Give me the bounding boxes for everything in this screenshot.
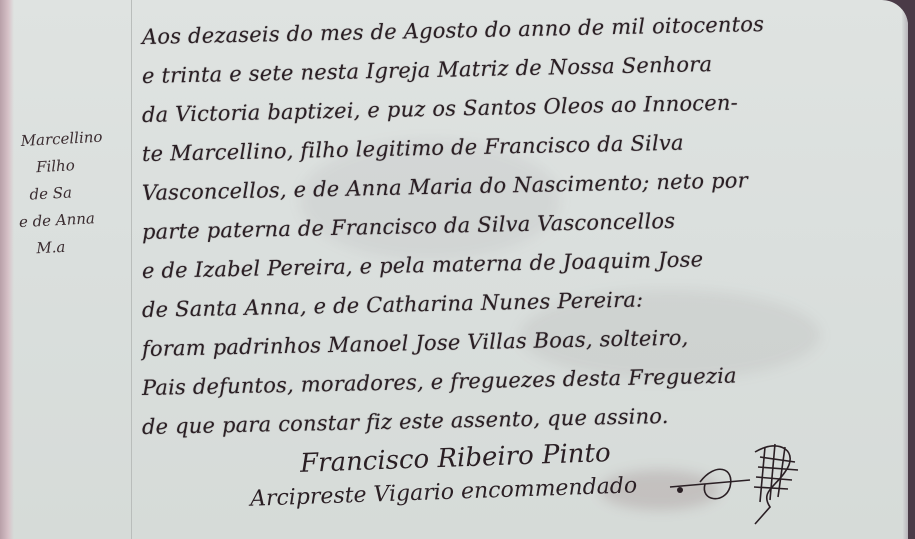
signature-flourish-icon: [660, 432, 810, 527]
margin-rule: [131, 0, 132, 539]
signature-block: Francisco Ribeiro Pinto Arcipreste Vigar…: [300, 440, 637, 510]
margin-note: Marcellino Filho de Sa e de Anna M.a: [20, 122, 139, 263]
manuscript-page: Marcellino Filho de Sa e de Anna M.a Aos…: [0, 0, 908, 539]
record-body: Aos dezaseis do mes de Agosto do anno de…: [142, 18, 902, 447]
margin-note-line: M.a: [36, 230, 139, 262]
